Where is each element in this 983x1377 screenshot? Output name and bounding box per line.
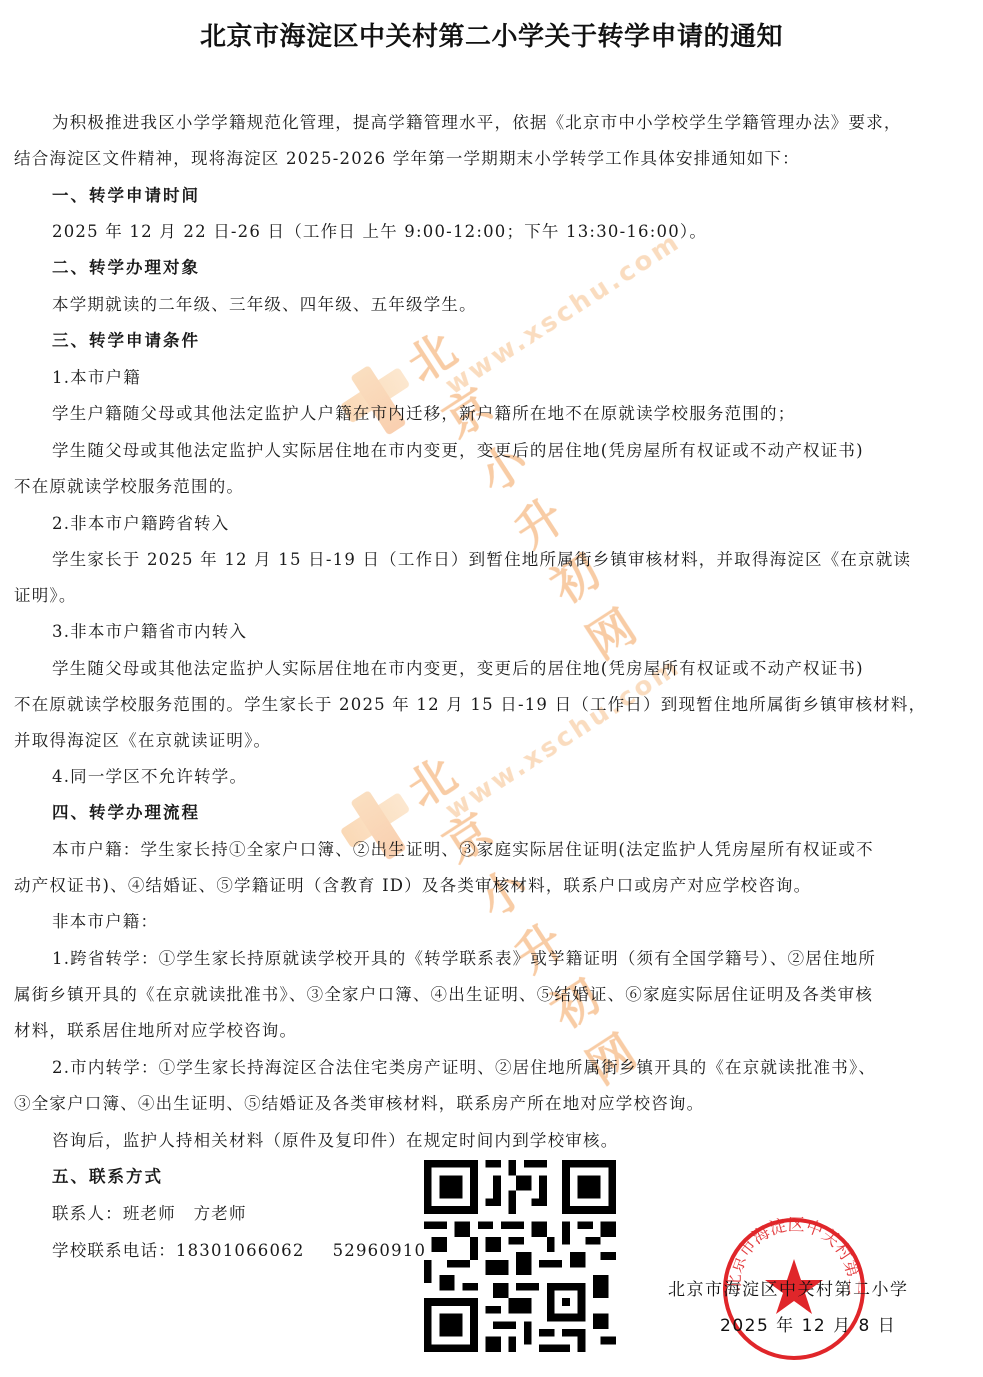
process-nonlocal-title: 非本市户籍： <box>52 911 158 933</box>
condition-1-title: 1.本市户籍 <box>52 367 141 389</box>
section-1-heading: 一、转学申请时间 <box>52 185 200 207</box>
condition-2-line: 证明》。 <box>14 585 77 607</box>
condition-3-line: 不在原就读学校服务范围的。学生家长于 2025 年 12 月 15 日-19 日… <box>14 694 926 716</box>
process-cross-line: 材料，联系居住地所对应学校咨询。 <box>14 1020 297 1042</box>
intro-line-2: 结合海淀区文件精神，现将海淀区 2025-2026 学年第一学期期末小学转学工作… <box>14 148 800 170</box>
condition-4-title: 4.同一学区不允许转学。 <box>52 766 247 788</box>
section-5-heading: 五、联系方式 <box>52 1166 163 1188</box>
condition-1-line: 学生随父母或其他法定监护人实际居住地在市内变更，变更后的居住地(凭房屋所有权证或… <box>52 440 864 462</box>
process-local-line: 动产权证书)、④结婚证、⑤学籍证明（含教育 ID）及各类审核材料，联系户口或房产… <box>14 875 811 897</box>
intro-line-1: 为积极推进我区小学学籍规范化管理，提高学籍管理水平，依据《北京市中小学校学生学籍… <box>52 112 902 134</box>
contact-names: 班老师 方老师 <box>123 1204 247 1223</box>
condition-2-title: 2.非本市户籍跨省转入 <box>52 513 229 535</box>
qr-code <box>424 1160 616 1352</box>
contact-persons: 联系人：班老师 方老师 <box>52 1203 247 1225</box>
document-title: 北京市海淀区中关村第二小学关于转学申请的通知 <box>0 16 983 53</box>
signature-school: 北京市海淀区中关村第二小学 <box>668 1275 909 1300</box>
condition-1-line: 学生户籍随父母或其他法定监护人户籍在市内迁移，新户籍所在地不在原就读学校服务范围… <box>52 403 795 425</box>
section-2-heading: 二、转学办理对象 <box>52 257 200 279</box>
condition-3-line: 学生随父母或其他法定监护人实际居住地在市内变更，变更后的居住地(凭房屋所有权证或… <box>52 658 864 680</box>
signature-date: 2025 年 12 月 8 日 <box>720 1311 896 1336</box>
process-cross-line: 属街乡镇开具的《在京就读批准书》、③全家户口簿、④出生证明、⑤结婚证、⑥家庭实际… <box>14 984 873 1006</box>
condition-1-line: 不在原就读学校服务范围的。 <box>14 476 244 498</box>
condition-3-title: 3.非本市户籍省市内转入 <box>52 621 247 643</box>
process-cross-line: 1.跨省转学：①学生家长持原就读学校开具的《转学联系表》或学籍证明（须有全国学籍… <box>52 948 876 970</box>
phone-1: 18301066062 <box>176 1241 305 1260</box>
contact-phone: 学校联系电话：1830106606252960910 <box>52 1240 426 1262</box>
phone-label: 学校联系电话： <box>52 1241 176 1260</box>
condition-2-line: 学生家长于 2025 年 12 月 15 日-19 日（工作日）到暂住地所属街乡… <box>52 549 911 571</box>
section-3-heading: 三、转学申请条件 <box>52 330 200 352</box>
process-after: 咨询后，监护人持相关材料（原件及复印件）在规定时间内到学校审核。 <box>52 1130 618 1152</box>
condition-3-line: 并取得海淀区《在京就读证明》。 <box>14 730 271 752</box>
process-local-line: 本市户籍：学生家长持①全家户口簿、②出生证明、③家庭实际居住证明(法定监护人凭房… <box>52 839 874 861</box>
section-2-body: 本学期就读的二年级、三年级、四年级、五年级学生。 <box>52 294 477 316</box>
phone-2: 52960910 <box>333 1241 427 1260</box>
process-city-line: ③全家户口簿、④出生证明、⑤结婚证及各类审核材料，联系房产所在地对应学校咨询。 <box>14 1093 704 1115</box>
contact-label: 联系人： <box>52 1204 123 1223</box>
process-city-line: 2.市内转学：①学生家长持海淀区合法住宅类房产证明、②居住地所属街乡镇开具的《在… <box>52 1057 876 1079</box>
watermark-logo-icon <box>330 352 427 449</box>
section-4-heading: 四、转学办理流程 <box>52 802 200 824</box>
section-1-body: 2025 年 12 月 22 日-26 日（工作日 上午 9:00-12:00；… <box>52 221 707 243</box>
